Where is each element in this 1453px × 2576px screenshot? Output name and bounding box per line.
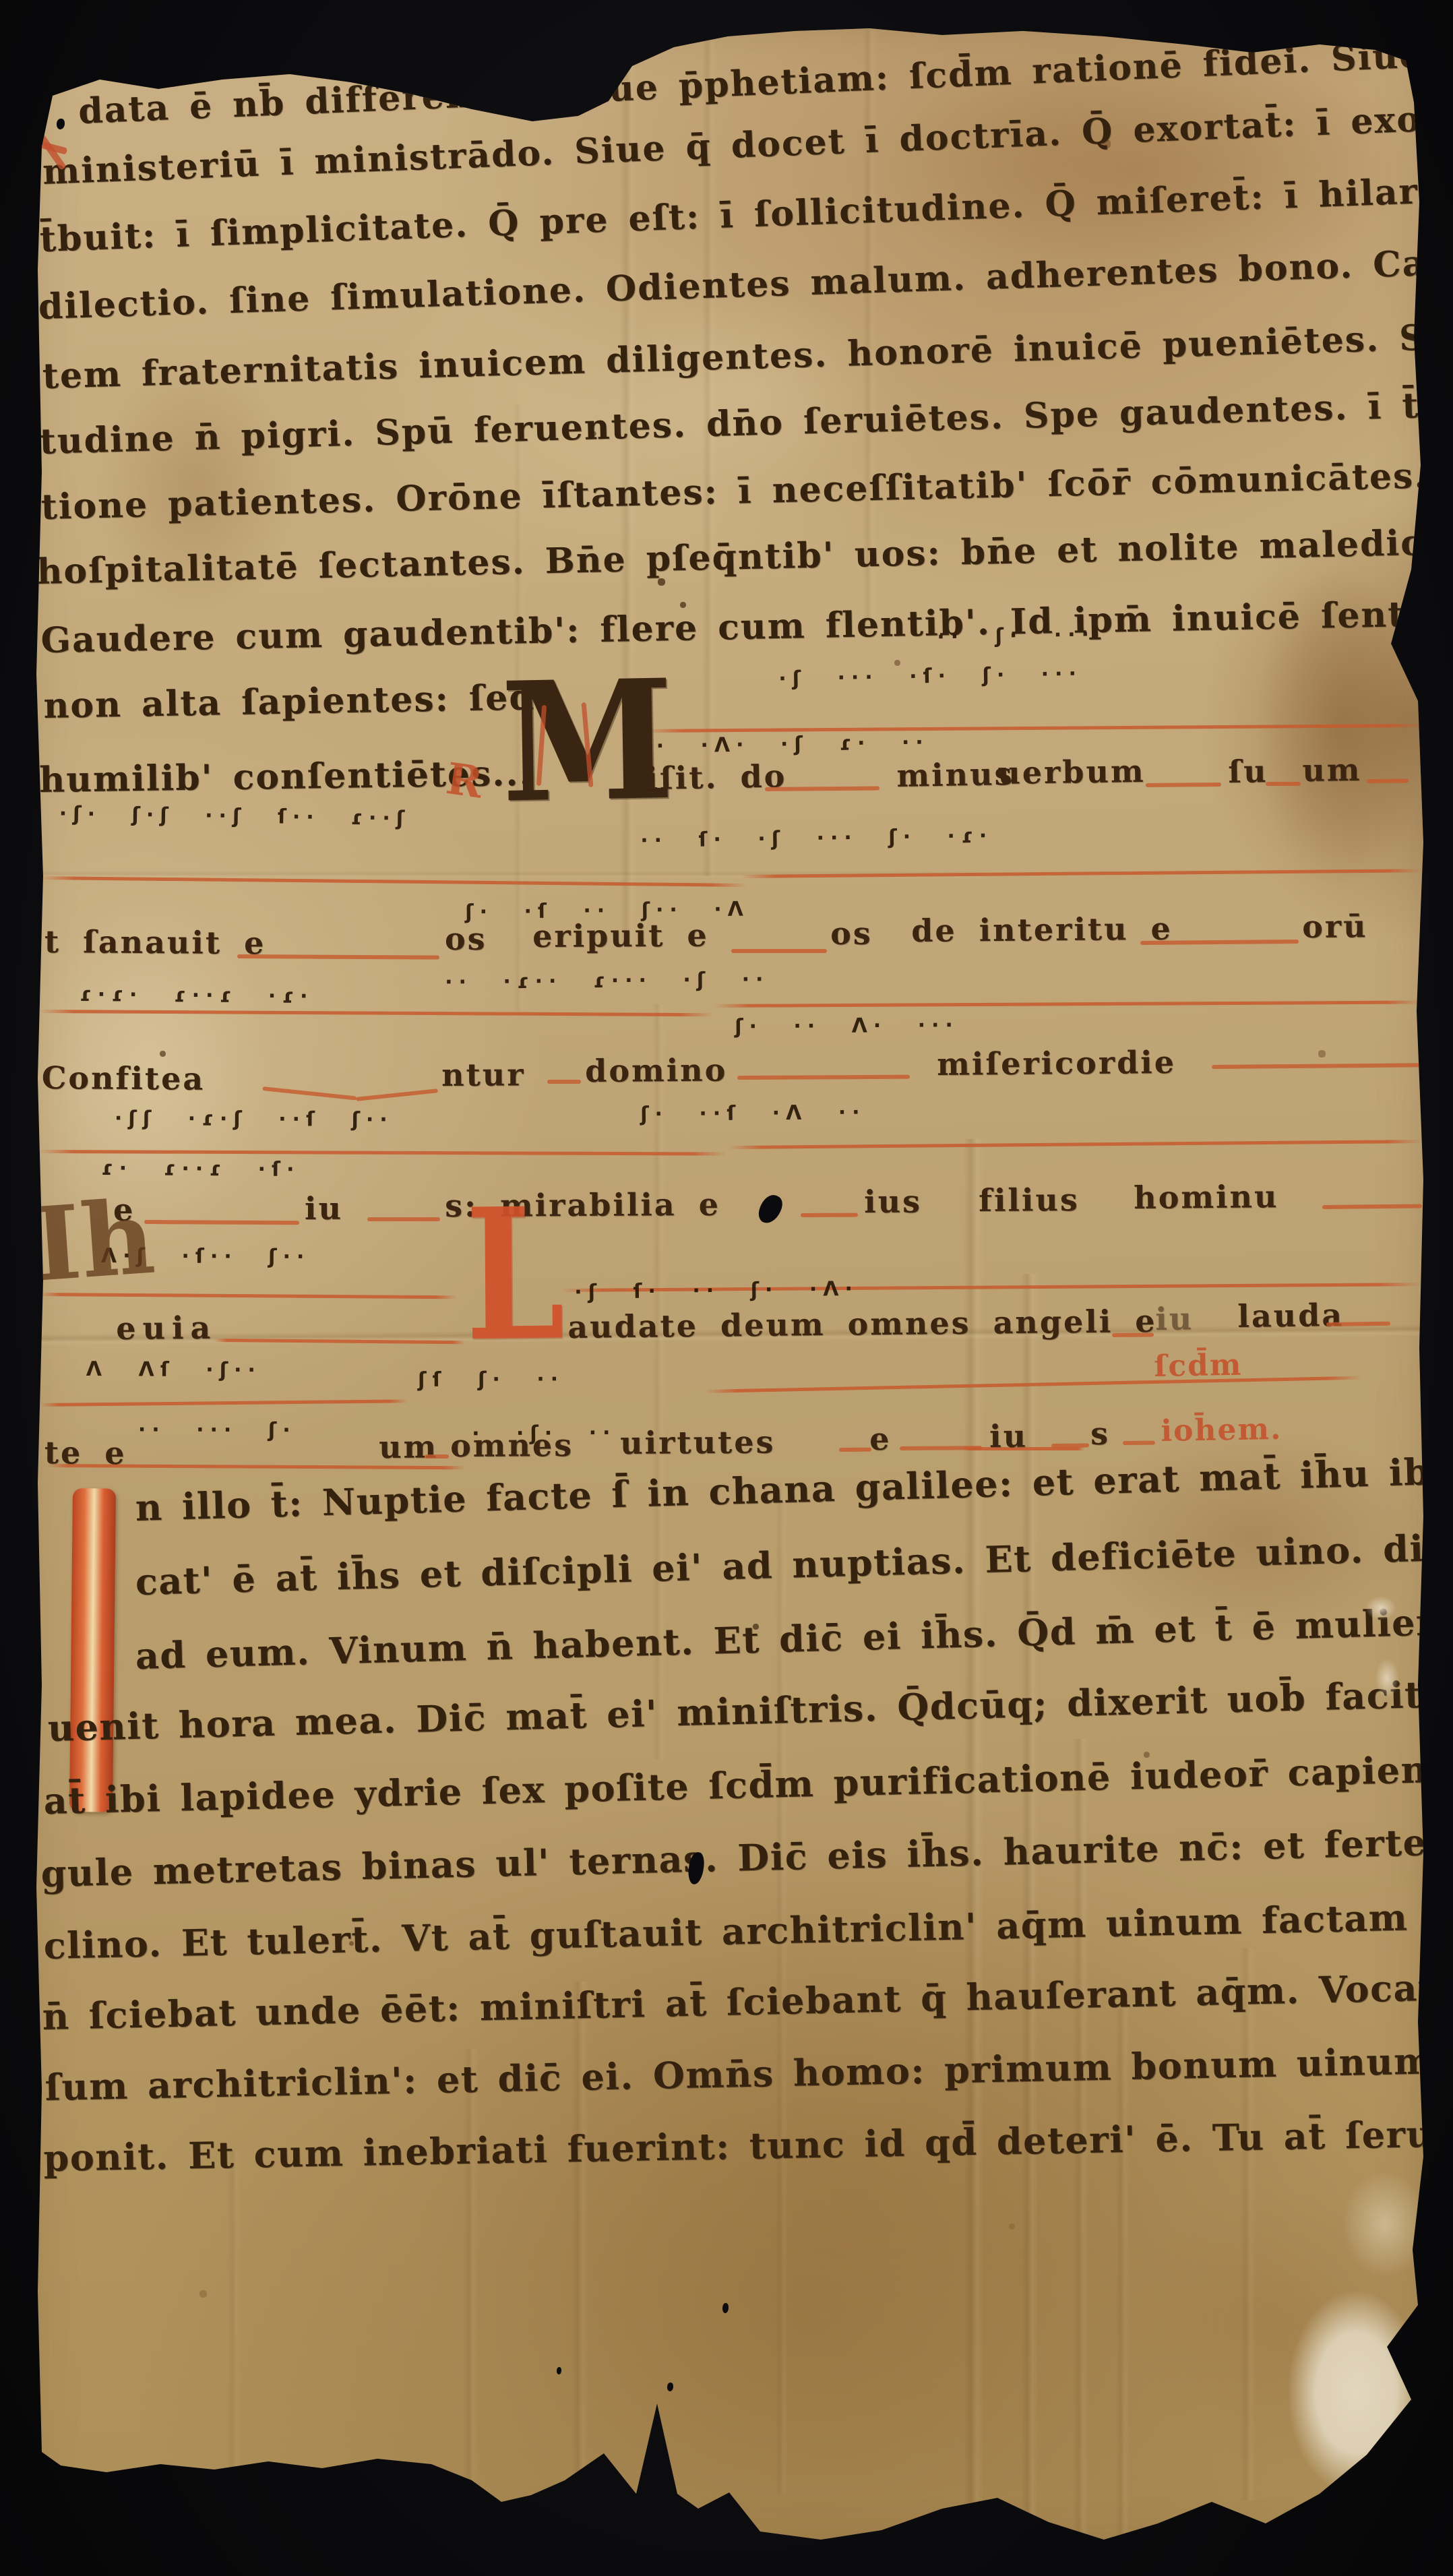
lyric-red-segment [237, 954, 439, 960]
chant-lyric-word: audate deum omnes angeli e [567, 1303, 1157, 1345]
chant-lyric-word: ius [864, 1184, 922, 1220]
stain [607, 290, 890, 492]
chant-lyric-word: ntur [441, 1056, 526, 1093]
chant-lyric-word: lauda [1237, 1297, 1344, 1335]
rubric-iohannem: ioh̄em. [1161, 1412, 1282, 1448]
neume-row: ·ʃʃ ·ɾ·ʃ ··ſ ʃ·· [115, 1107, 394, 1132]
lyric-red-segment [765, 787, 879, 791]
chant-lyric-word: uirtutes [620, 1423, 776, 1461]
damage-patch [1341, 2170, 1429, 2278]
lyric-red-segment [839, 1448, 871, 1452]
lyric-red-segment [1140, 940, 1299, 945]
lyric-red-segment [1146, 783, 1221, 787]
lyric-red-segment [367, 1217, 440, 1221]
photo-backdrop: data ē nb̄ differentes. Siue p̄phetiam: … [0, 0, 1453, 2576]
chant-lyric-word: uerbum [997, 753, 1146, 791]
chant-lyric-word: um [379, 1429, 438, 1465]
hole [755, 1192, 786, 1227]
chant-lyric-word: os [830, 915, 873, 952]
chant-lyric-word: minus [896, 756, 1014, 794]
lyric-red-segment [1266, 782, 1301, 786]
lyric-red-segment [731, 949, 827, 953]
lyric-red-segment [144, 1220, 299, 1225]
neume-row: ·ʃ ſ· ·· ʃ· ·Ʌ· [574, 1277, 859, 1304]
lyric-red-segment [1367, 778, 1409, 783]
neume-row: ·· ſ· ·ʃ ··· ʃ· ·ɾ· [640, 824, 993, 853]
alleluia-fragment: euia [116, 1310, 217, 1347]
ink-speckles [0, 0, 2, 2]
crease [1240, 1948, 1256, 2501]
neume-row: ɾ· ɾ··ɾ ·ſ· [101, 1157, 301, 1182]
chant-lyric-word: orū [1302, 908, 1368, 945]
chant-lyric-word: omnes [450, 1427, 574, 1464]
chant-lyric-word: hominu [1134, 1178, 1279, 1216]
hole [57, 119, 65, 129]
chant-lyric-word: t ſanauit e [44, 923, 266, 961]
abrasion-fleck [1375, 1658, 1399, 1698]
lyric-red-segment [1112, 1332, 1154, 1337]
staff-line [728, 1140, 1422, 1149]
abrasion-fleck [1365, 1596, 1396, 1620]
lyric-red-segment [900, 1446, 982, 1450]
crease [228, 2150, 241, 2487]
chant-lyric-word: iu [1155, 1300, 1194, 1337]
respond-mark: R [443, 754, 487, 809]
chant-lyric-word: eripuit e [532, 917, 709, 954]
gospel-line: at̄ ibi lapidee ydrie ſex poſite ſcd̄m p… [43, 1745, 1453, 1822]
chant-lyric-word: miſericordie [937, 1044, 1176, 1082]
crease [1115, 2008, 1130, 2548]
rubric-secundum: ſcd̄m [1154, 1348, 1243, 1384]
marginal-ornament [11, 84, 55, 135]
chant-lyric-word: ſu [1228, 753, 1268, 790]
chant-lyric-word: iu [305, 1190, 343, 1227]
lyric-red-segment [262, 1086, 357, 1101]
chant-lyric-word: um [1302, 752, 1362, 789]
chant-lyric-word: te e [44, 1434, 127, 1471]
epistle-line: Gaudere cum gaudentib': flere cum flenti… [40, 592, 1453, 661]
lyric-red-segment [1212, 1063, 1424, 1069]
chant-lyric-word: os [445, 921, 487, 957]
chant-lyric-word: de interitu e [911, 911, 1173, 949]
lyric-red-segment [1123, 1441, 1155, 1445]
crease [464, 2049, 478, 2507]
neume-row: ʃ· ·Ʌ· ·ʃ ɾ· ·· [642, 731, 929, 758]
lyric-red-segment [737, 1075, 910, 1080]
chant-lyric-word: Confitea [42, 1060, 206, 1097]
neume-row: Ʌ Ʌſ ·ʃ·· [86, 1357, 261, 1382]
neume-row: ·· ··· ʃ· [138, 1418, 297, 1442]
chant-lyric-word: filius [979, 1182, 1080, 1219]
staff-line [40, 1399, 408, 1407]
gospel-line: uenit hora mea. Dic̄ mat̄ ei' miniſtris.… [47, 1669, 1453, 1750]
lyric-red-segment [547, 1080, 581, 1084]
chant-lyric-word: e [869, 1421, 892, 1457]
initial-l: L [465, 1204, 565, 1346]
lyric-red-segment [356, 1088, 438, 1101]
neume-row: ·· ·ɾ·· ɾ··· ·ʃ ·· [445, 968, 770, 994]
stain [418, 1860, 1294, 2534]
chant-lyric-word: iu [989, 1418, 1028, 1454]
neume-row: ·· ʃ· ··· [937, 623, 1095, 649]
epistle-line: non alta ſapientes: ſed [43, 677, 535, 727]
lyric-red-segment [1322, 1204, 1422, 1209]
parchment-leaf: data ē nb̄ differentes. Siue p̄phetiam: … [0, 0, 1453, 2576]
damage-patch [1289, 2292, 1423, 2494]
neume-row: ɾ·ɾ· ɾ··ɾ ·ɾ· [80, 983, 314, 1008]
neume-row: ·ʃ ··· ·ſ· ʃ· ··· [778, 662, 1082, 691]
lyric-red-segment [425, 1454, 449, 1459]
neume-row: ʃ· ··ſ ·Ʌ ·· [640, 1101, 866, 1126]
initial-i-in-illo [69, 1488, 116, 1812]
neume-row: ·ʃ· ʃ·ʃ ··ʃ ſ·· ɾ··ʃ [59, 802, 411, 830]
chant-lyric-word: domino [585, 1052, 727, 1089]
crease [863, 27, 877, 620]
lyric-red-segment [801, 1213, 858, 1217]
gospel-line: ad eum. Vinum n̄ habent. Et dic̄ ei ih̄s… [135, 1596, 1453, 1678]
margin-monogram: Ih [31, 1198, 157, 1285]
staff-line [714, 1001, 1422, 1008]
neume-row: ʃ· ·· Ʌ· ··· [735, 1014, 959, 1039]
lyric-red-segment [1051, 1444, 1089, 1448]
chant-lyric-word: s [1090, 1415, 1110, 1452]
